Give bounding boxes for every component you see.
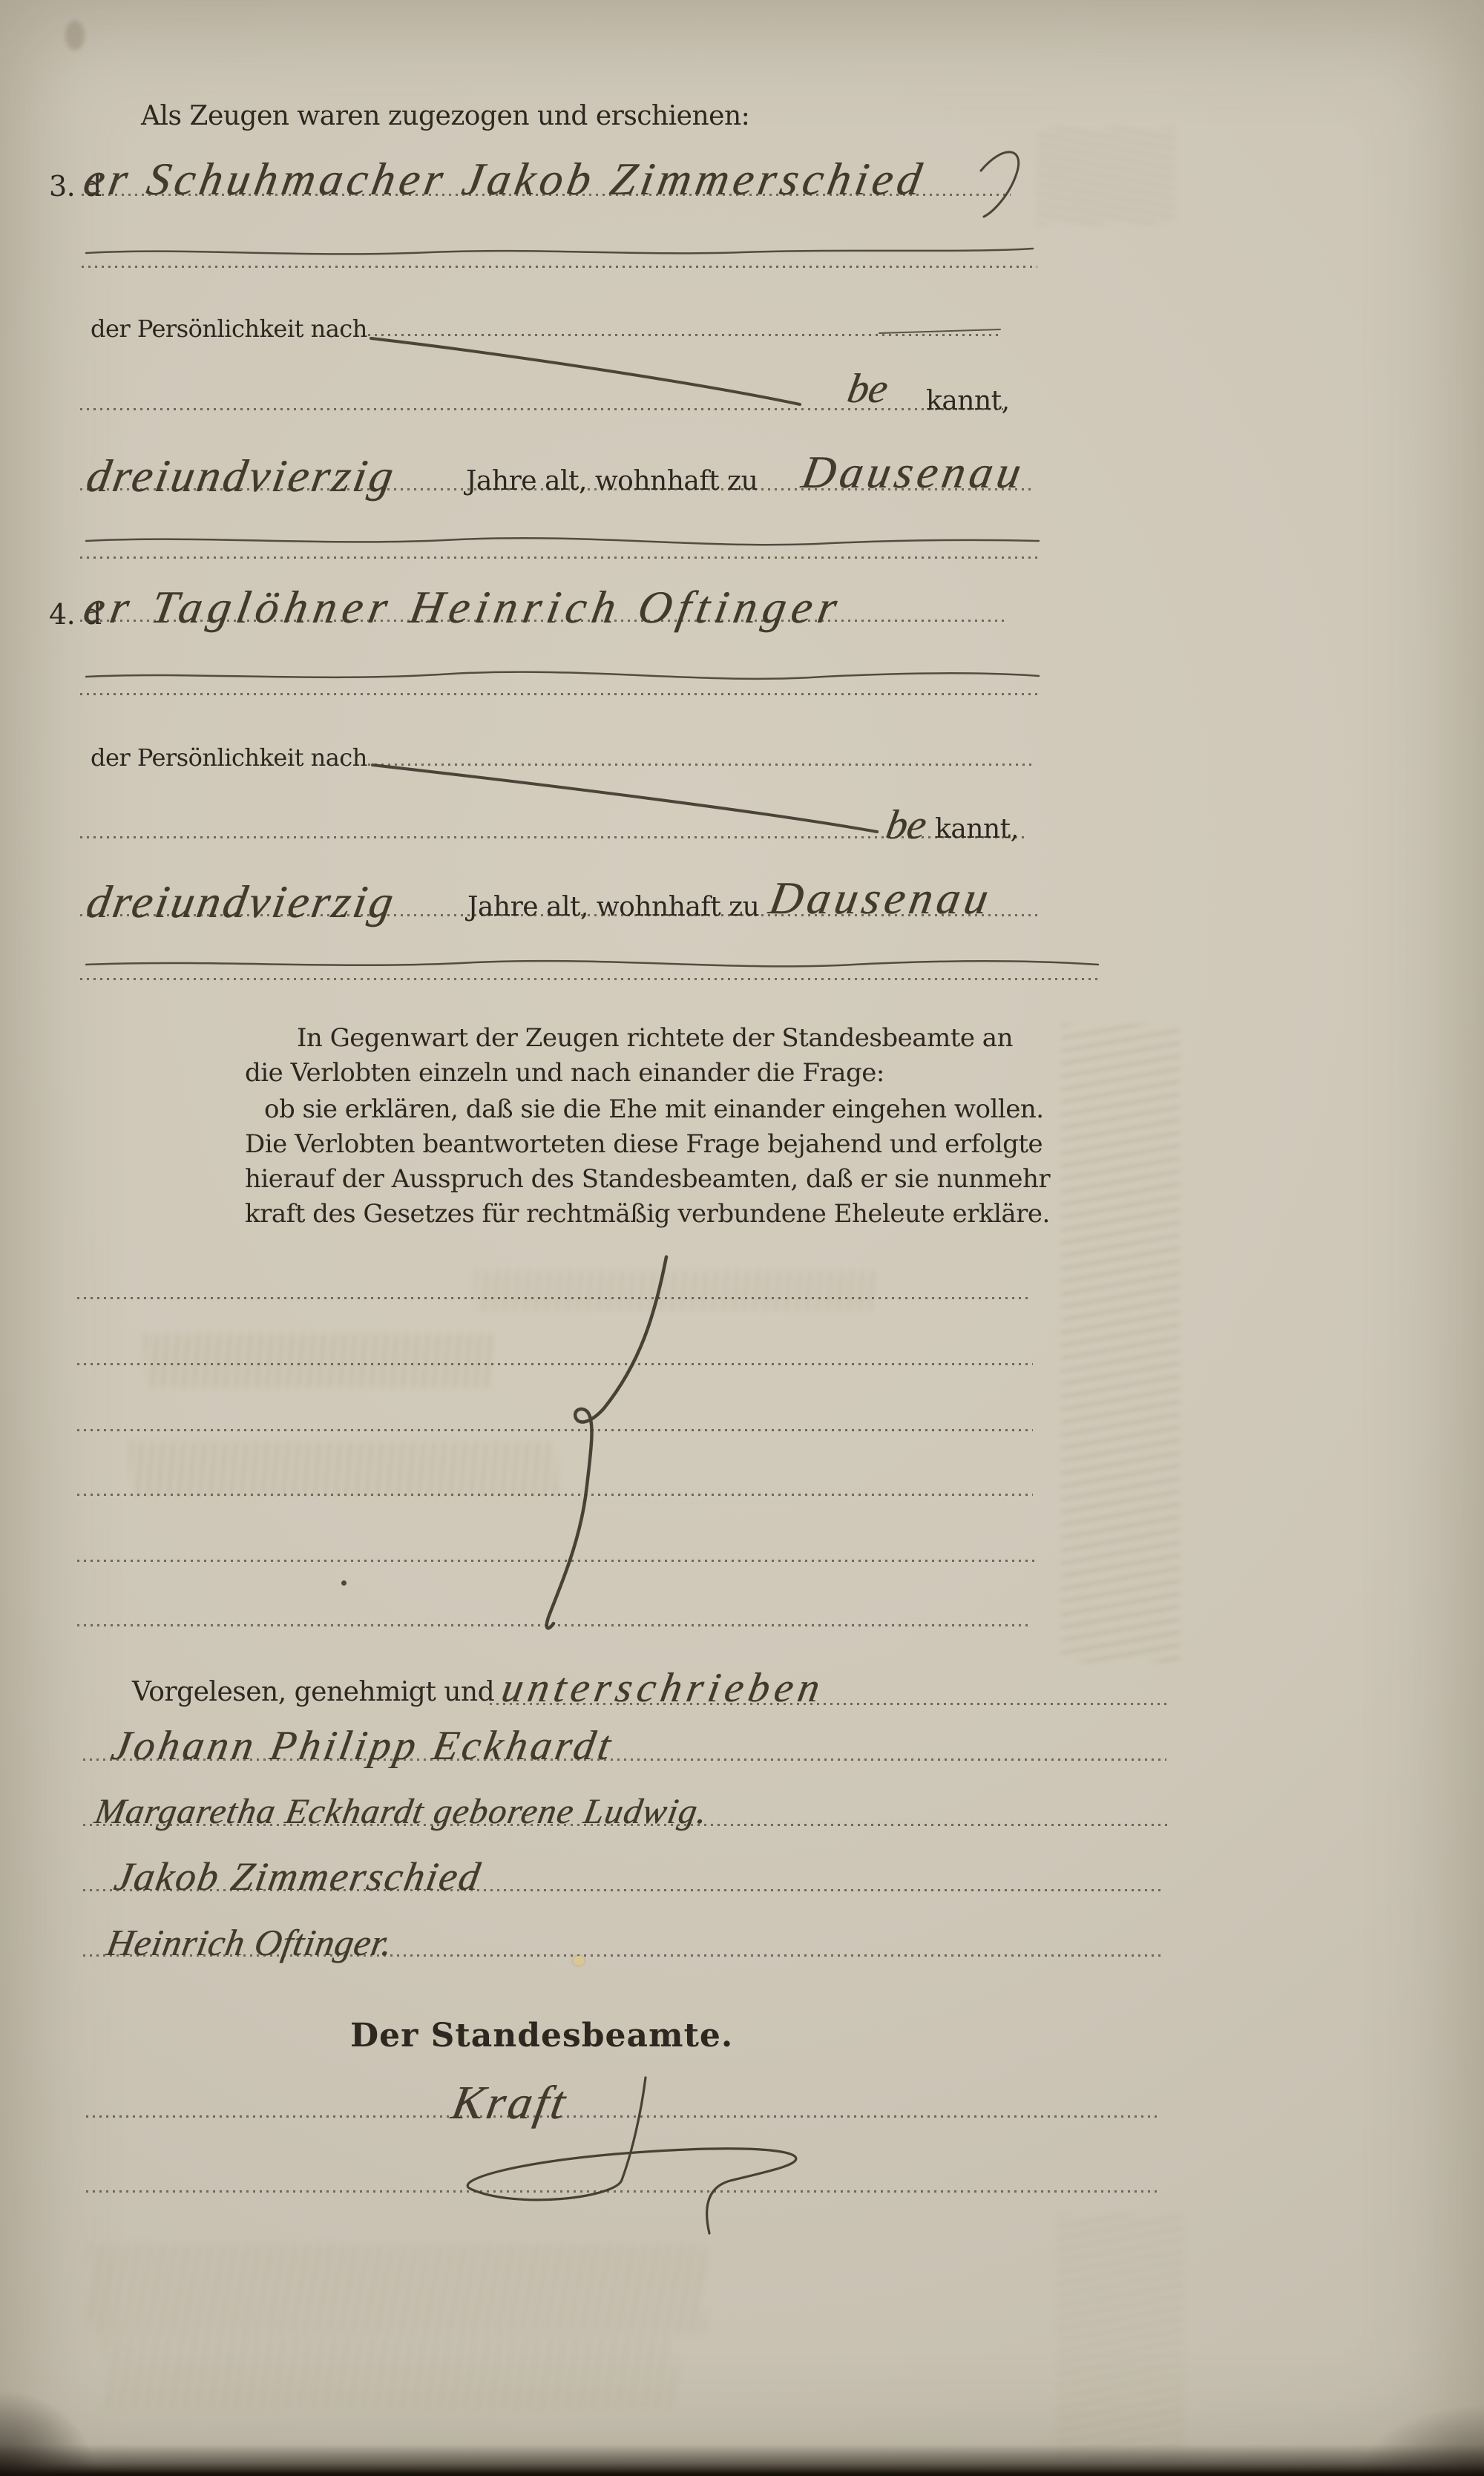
- witness3-identity-handwritten: be: [844, 368, 891, 410]
- witness-intro-heading: Als Zeugen waren zugezogen und erschiene…: [141, 103, 749, 130]
- declaration-line: kraft des Gesetzes für rechtmäßig verbun…: [245, 1201, 1050, 1226]
- cancellation-stroke: [547, 1257, 666, 1628]
- witness3-age-label: Jahre alt, wohnhaft zu: [466, 468, 758, 495]
- witness4-name-handwritten: er Taglöhner Heinrich Oftinger: [80, 585, 846, 631]
- bleed-through-smudge: [104, 2337, 675, 2408]
- diagonal-stroke: [372, 765, 877, 832]
- wavy-line-stroke: [86, 672, 1039, 679]
- dotted-rule: [82, 266, 1037, 268]
- bleed-through-smudge: [145, 1334, 493, 1388]
- witness4-identity-printed-suffix: kannt,: [935, 816, 1019, 843]
- dotted-rule: [80, 556, 1039, 559]
- name-flourish-stroke: [981, 152, 1019, 217]
- bleed-through-smudge: [475, 1270, 876, 1311]
- witness4-age-label: Jahre alt, wohnhaft zu: [467, 894, 759, 921]
- wavy-line-stroke: [86, 538, 1039, 545]
- dotted-rule: [368, 334, 1002, 336]
- signature-line: Heinrich Oftinger.: [104, 1924, 395, 1961]
- dotted-rule: [77, 1624, 1031, 1626]
- paper-fleck: [573, 1956, 585, 1966]
- dotted-rule: [77, 1429, 1033, 1431]
- corner-shadow: [1358, 2404, 1484, 2476]
- witness3-identity-label: der Persönlichkeit nach: [91, 317, 367, 341]
- wavy-line-stroke: [86, 961, 1098, 966]
- dotted-rule: [368, 764, 1033, 766]
- dotted-rule: [80, 836, 1024, 838]
- bottom-edge-shadow: [0, 2444, 1484, 2476]
- declaration-line: Die Verlobten beantworteten diese Frage …: [245, 1132, 1043, 1157]
- bleed-through-smudge: [1037, 128, 1175, 224]
- witness4-identity-label: der Persönlichkeit nach: [91, 746, 367, 769]
- dotted-rule: [80, 693, 1039, 695]
- diagonal-stroke: [371, 338, 800, 404]
- signature-line: Johann Philipp Eckhardt: [108, 1725, 617, 1767]
- closing-printed-label: Vorgelesen, genehmigt und: [132, 1679, 494, 1706]
- declaration-line: ob sie erklären, daß sie die Ehe mit ein…: [264, 1097, 1044, 1122]
- bleed-through-smudge: [130, 1442, 556, 1495]
- dotted-rule: [77, 1560, 1034, 1562]
- declaration-line: In Gegenwart der Zeugen richtete der Sta…: [297, 1025, 1013, 1051]
- witness3-residence-handwritten: Dausenau: [798, 450, 1028, 496]
- witness4-age-handwritten: dreiundvierzig: [83, 879, 399, 925]
- witness3-name-handwritten: er Schuhmacher Jakob Zimmerschied: [80, 157, 929, 203]
- bleed-through-smudge: [65, 21, 85, 50]
- dotted-rule: [86, 2190, 1158, 2193]
- witness4-residence-handwritten: Dausenau: [766, 876, 996, 922]
- witness4-identity-handwritten: be: [883, 804, 930, 846]
- witness3-identity-printed-suffix: kannt,: [926, 388, 1010, 415]
- signature-line: Jakob Zimmerschied: [111, 1856, 485, 1897]
- registrar-signature: Kraft: [448, 2079, 571, 2127]
- dotted-rule: [77, 1297, 1031, 1299]
- document-page: Als Zeugen waren zugezogen und erschiene…: [0, 0, 1484, 2476]
- declaration-line: hierauf der Ausspruch des Standesbeamten…: [245, 1166, 1050, 1192]
- corner-shadow: [0, 2389, 96, 2476]
- witness3-age-handwritten: dreiundvierzig: [83, 453, 399, 499]
- signature-line: Margaretha Eckhardt geborene Ludwig.: [92, 1794, 711, 1830]
- bleed-through-smudge: [89, 2245, 705, 2334]
- dotted-rule: [77, 1494, 1033, 1496]
- dotted-rule: [77, 1363, 1033, 1365]
- bleed-through-smudge: [1061, 1024, 1180, 1662]
- wavy-line-stroke: [86, 249, 1033, 254]
- dotted-rule: [86, 2115, 1160, 2118]
- ink-dot: [341, 1580, 347, 1586]
- bleed-through-smudge: [1057, 2215, 1183, 2460]
- closing-handwritten: unterschrieben: [499, 1667, 828, 1709]
- registrar-title: Der Standesbeamte.: [350, 2020, 733, 2052]
- declaration-line: die Verlobten einzeln und nach einander …: [245, 1060, 884, 1086]
- ink-strokes-overlay: [0, 0, 1484, 2476]
- diagonal-stroke: [879, 329, 1000, 333]
- dotted-rule: [80, 978, 1101, 980]
